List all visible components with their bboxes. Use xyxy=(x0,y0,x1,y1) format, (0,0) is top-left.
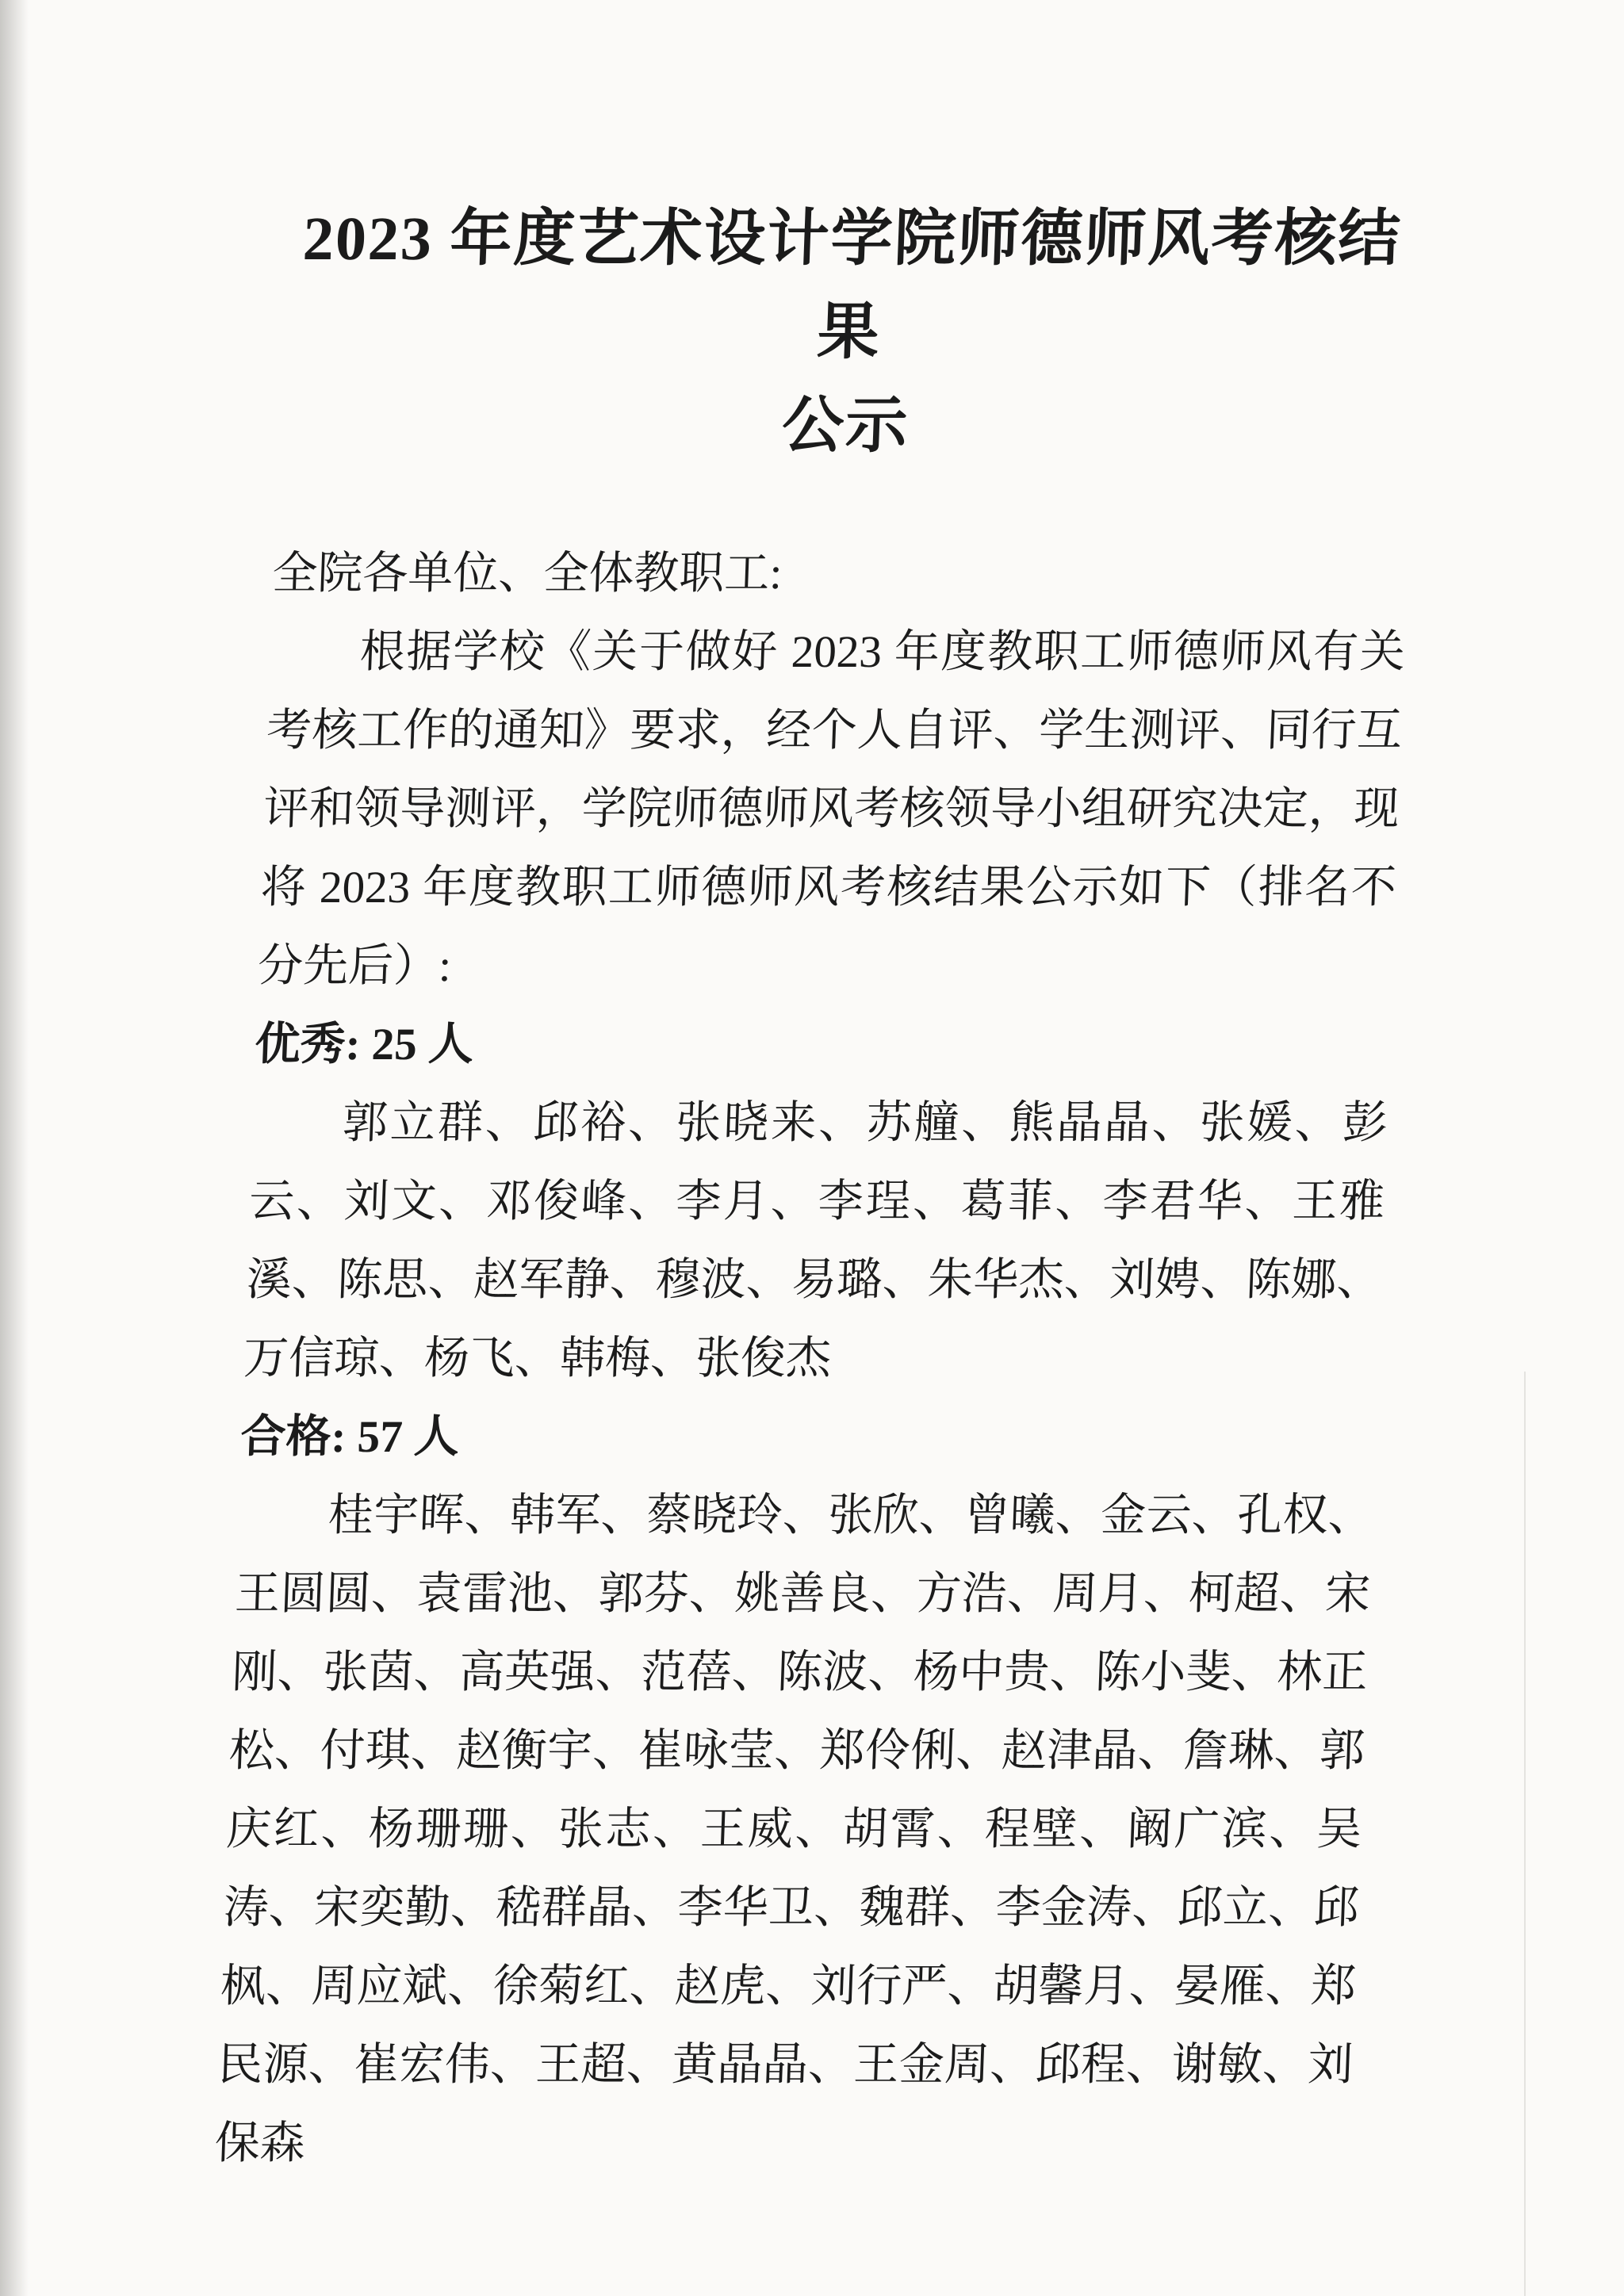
document-page: 2023 年度艺术设计学院师德师风考核结果 公示 全院各单位、全体教职工: 根据… xyxy=(0,0,1624,2296)
section-pass-names: 桂宇晖、韩军、蔡晓玲、张欣、曾曦、金云、孔权、王圆圆、袁雷池、郭芬、姚善良、方浩… xyxy=(213,1476,1375,2183)
intro-paragraph: 根据学校《关于做好 2023 年度教职工师德师风有关考核工作的通知》要求，经个人… xyxy=(256,613,1406,1005)
document-content: 2023 年度艺术设计学院师德师风考核结果 公示 全院各单位、全体教职工: 根据… xyxy=(213,192,1422,2183)
scan-shadow-left xyxy=(0,0,29,2296)
section-pass-label: 合格: 57 人 xyxy=(239,1398,1378,1476)
section-excellent-names: 郭立群、邱裕、张晓来、苏艟、熊晶晶、张媛、彭云、刘文、邓俊峰、李月、李珵、葛菲、… xyxy=(242,1084,1389,1398)
document-body: 全院各单位、全体教职工: 根据学校《关于做好 2023 年度教职工师德师风有关考… xyxy=(213,534,1409,2183)
section-excellent-label: 优秀: 25 人 xyxy=(254,1005,1392,1084)
page-title-line2: 公示 xyxy=(781,391,910,460)
page-title: 2023 年度艺术设计学院师德师风考核结果 公示 xyxy=(276,192,1422,473)
greeting-paragraph: 全院各单位、全体教职工: xyxy=(271,534,1410,613)
page-title-line1: 2023 年度艺术设计学院师德师风考核结果 xyxy=(302,204,1404,366)
scan-fold-line xyxy=(1524,1372,1526,2296)
